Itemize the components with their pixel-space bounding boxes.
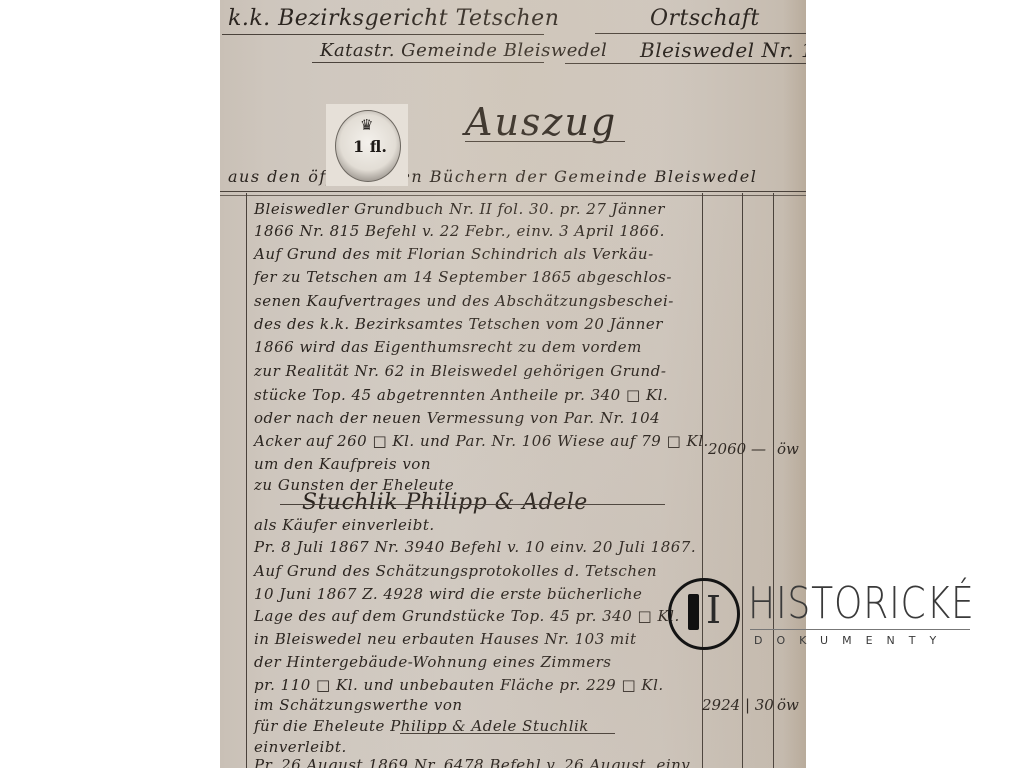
entry-line: Pr. 26 August 1869 Nr. 6478 Befehl v. 26… bbox=[254, 756, 694, 768]
entry-line: 1866 wird das Eigenthumsrecht zu dem vor… bbox=[254, 338, 642, 356]
amount-valuation: 2924 | 30 bbox=[702, 696, 774, 714]
entry-line: Auf Grund des Schätzungsprotokolles d. T… bbox=[254, 562, 657, 580]
currency-purchase-price: öw bbox=[777, 440, 799, 458]
revenue-stamp: ♛ 1 fl. bbox=[326, 104, 408, 186]
entry-line: 10 Juni 1867 Z. 4928 wird die erste büch… bbox=[254, 585, 642, 603]
hi-monogram-icon bbox=[668, 578, 740, 650]
header-cadastral: Katastr. Gemeinde Bleiswedel bbox=[320, 40, 607, 61]
entry-line: Acker auf 260 □ Kl. und Par. Nr. 106 Wie… bbox=[254, 432, 709, 450]
watermark-tagline: DOKUMENTY bbox=[754, 634, 950, 647]
owner-names-underline bbox=[400, 733, 615, 734]
owner-names-underline bbox=[280, 504, 665, 505]
entry-line: fer zu Tetschen am 14 September 1865 abg… bbox=[254, 268, 672, 286]
monogram-bar bbox=[688, 594, 699, 630]
entry-line: Lage des auf dem Grundstücke Top. 45 pr.… bbox=[254, 607, 680, 625]
header-rule bbox=[222, 34, 544, 35]
column-line-amount bbox=[702, 193, 703, 768]
header-rule bbox=[595, 33, 806, 34]
entry-line: Pr. 8 Juli 1867 Nr. 3940 Befehl v. 10 ei… bbox=[254, 538, 696, 556]
entry-line: zur Realität Nr. 62 in Bleiswedel gehöri… bbox=[254, 362, 666, 380]
entry-line: als Käufer einverleibt. bbox=[254, 516, 435, 534]
entry-line: des des k.k. Bezirksamtes Tetschen vom 2… bbox=[254, 315, 663, 333]
entry-line: Auf Grund des mit Florian Schindrich als… bbox=[254, 245, 654, 263]
currency-valuation: öw bbox=[777, 696, 799, 714]
column-line-cents bbox=[742, 193, 743, 768]
header-rule bbox=[565, 63, 806, 64]
entry-line: pr. 110 □ Kl. und unbebauten Fläche pr. … bbox=[254, 676, 664, 694]
watermark-rule bbox=[750, 629, 970, 630]
column-line-currency bbox=[773, 193, 774, 768]
entry-line: einverleibt. bbox=[254, 738, 347, 756]
header-rule bbox=[312, 62, 544, 63]
stamp-value: 1 fl. bbox=[353, 137, 387, 156]
entry-line: Bleiswedler Grundbuch Nr. II fol. 30. pr… bbox=[254, 200, 665, 218]
document-subtitle: aus den öffentlichen Büchern der Gemeind… bbox=[228, 167, 757, 186]
double-eagle-icon: ♛ bbox=[360, 116, 373, 135]
document-title: Auszug bbox=[465, 100, 617, 144]
watermark-logo: I HISTORICKÉ DOKUMENTY bbox=[668, 578, 978, 658]
owner-names: Stuchlik Philipp & Adele bbox=[302, 490, 588, 515]
header-court: k.k. Bezirksgericht Tetschen bbox=[228, 6, 559, 31]
watermark-brand: HISTORICKÉ bbox=[748, 580, 975, 628]
entry-line: im Schätzungswerthe von bbox=[254, 696, 463, 714]
amount-purchase-price: 2060 — bbox=[708, 440, 766, 458]
entry-line: in Bleiswedel neu erbauten Hauses Nr. 10… bbox=[254, 630, 637, 648]
table-header-rule bbox=[220, 191, 806, 196]
entry-line: stücke Top. 45 abgetrennten Antheile pr.… bbox=[254, 386, 668, 404]
entry-line: 1866 Nr. 815 Befehl v. 22 Febr., einv. 3… bbox=[254, 222, 665, 240]
header-locality-label: Ortschaft bbox=[650, 6, 760, 31]
header-locality: Bleiswedel Nr. 103. bbox=[640, 38, 806, 62]
entry-line: um den Kaufpreis von bbox=[254, 455, 431, 473]
entry-line: oder nach der neuen Vermessung von Par. … bbox=[254, 409, 660, 427]
entry-line: der Hintergebäude-Wohnung eines Zimmers bbox=[254, 653, 611, 671]
title-underline bbox=[465, 141, 625, 142]
entry-line: senen Kaufvertrages und des Abschätzungs… bbox=[254, 292, 674, 310]
column-line-left bbox=[246, 193, 247, 768]
monogram-letter: I bbox=[706, 590, 721, 630]
